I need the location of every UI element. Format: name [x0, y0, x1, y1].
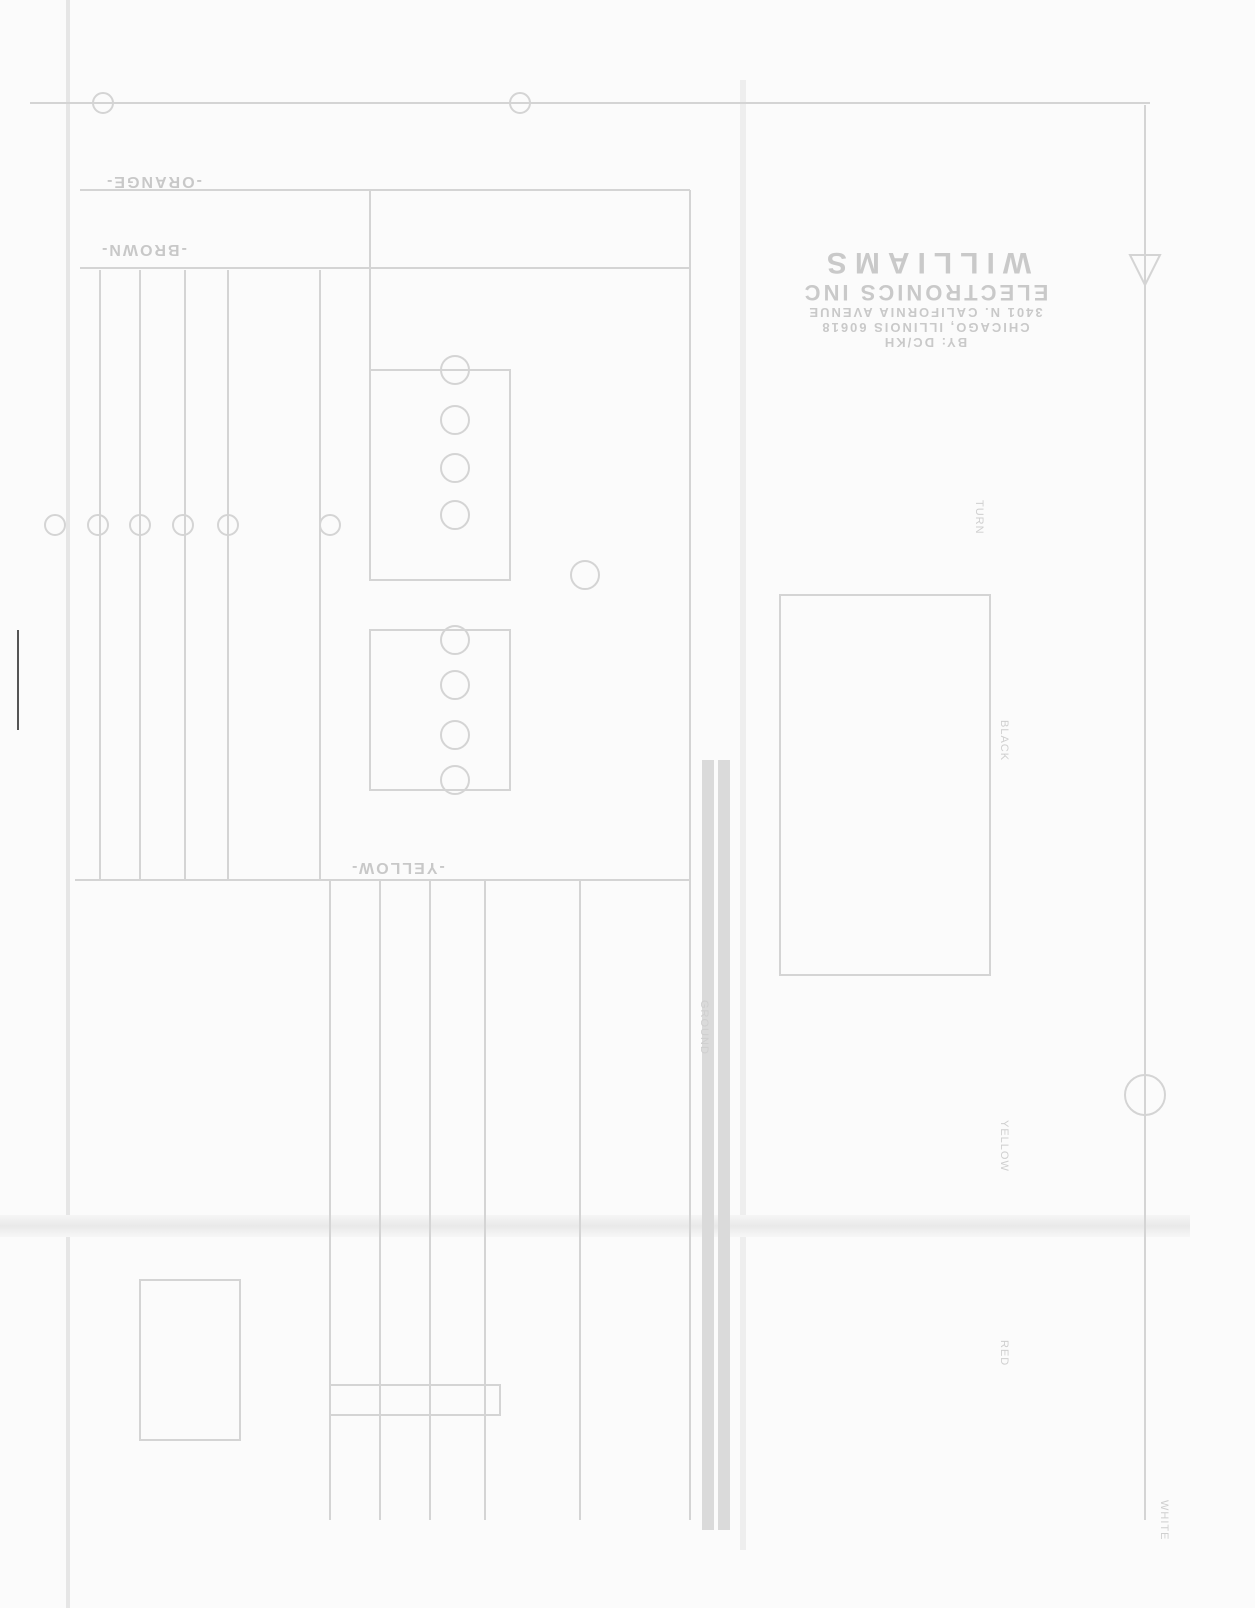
side-label-black: BLACK [998, 720, 1010, 761]
schematic-sheet: BY: DC/KH CHICAGO, ILLINOIS 60618 3401 N… [0, 0, 1255, 1608]
schematic-lines [0, 0, 1255, 1608]
city: CHICAGO, ILLINOIS 60618 [775, 320, 1075, 335]
side-label-turn: TURN [973, 500, 985, 535]
wire-label-brown: -BROWN- [100, 240, 187, 258]
company-name: WILLIAMS [775, 245, 1075, 279]
side-label-yellow: YELLOW [998, 1120, 1010, 1172]
connector-label: GROUND [698, 1000, 710, 1055]
side-label-red: RED [998, 1340, 1010, 1366]
address: 3401 N. CALIFORNIA AVENUE [775, 305, 1075, 320]
wire-label-orange: -ORANGE- [105, 172, 202, 190]
wire-label-yellow: -YELLOW- [350, 858, 445, 876]
side-label-white: WHITE [1158, 1500, 1170, 1540]
title-block: BY: DC/KH CHICAGO, ILLINOIS 60618 3401 N… [775, 245, 1075, 350]
company-line2: ELECTRONICS INC [775, 279, 1075, 305]
drawn-by: BY: DC/KH [775, 335, 1075, 350]
